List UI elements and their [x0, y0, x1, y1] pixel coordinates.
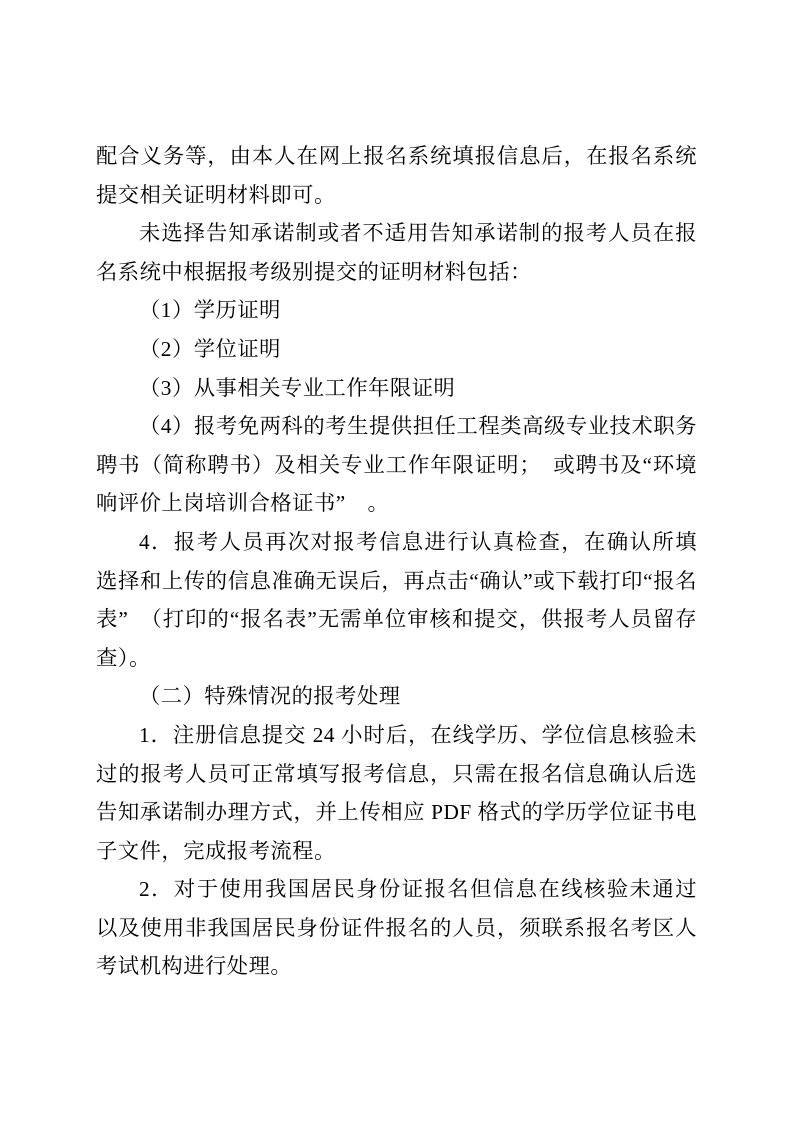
text-line: 名系统中根据报考级别提交的证明材料包括：: [96, 253, 697, 292]
text-line: 2．对于使用我国居民身份证报名但信息在线核验未通过的，: [96, 870, 697, 909]
text-line: 1．注册信息提交 24 小时后，在线学历、学位信息核验未通: [96, 716, 697, 755]
document-text-block: 配合义务等，由本人在网上报名系统填报信息后，在报名系统中提交相关证明材料即可。未…: [96, 137, 697, 986]
text-line: 选择和上传的信息准确无误后，再点击“确认”或下载打印“报名: [96, 562, 697, 601]
text-line: （3）从事相关专业工作年限证明: [96, 369, 697, 408]
text-line: 响评价上岗培训合格证书” 。: [96, 484, 697, 523]
text-line: 告知承诺制办理方式，并上传相应 PDF 格式的学历学位证书电: [96, 793, 697, 832]
text-line: 提交相关证明材料即可。: [96, 176, 697, 215]
text-line: （1）学历证明: [96, 291, 697, 330]
text-line: 表” （打印的“报名表”无需单位审核和提交，供报考人员留存备: [96, 600, 697, 639]
text-line: （2）学位证明: [96, 330, 697, 369]
document-page: 配合义务等，由本人在网上报名系统填报信息后，在报名系统中提交相关证明材料即可。未…: [0, 0, 794, 1123]
text-line: 配合义务等，由本人在网上报名系统填报信息后，在报名系统中: [96, 137, 697, 176]
text-line: 以及使用非我国居民身份证件报名的人员，须联系报名考区人事: [96, 909, 697, 948]
text-line: （二）特殊情况的报考处理: [96, 677, 697, 716]
text-line: 聘书（简称聘书）及相关专业工作年限证明； 或聘书及“环境影: [96, 446, 697, 485]
text-line: 过的报考人员可正常填写报考信息，只需在报名信息确认后选择: [96, 755, 697, 794]
text-line: 4．报考人员再次对报考信息进行认真检查，在确认所填报、: [96, 523, 697, 562]
text-line: （4）报考免两科的考生提供担任工程类高级专业技术职务: [96, 407, 697, 446]
text-line: 查）。: [96, 639, 697, 678]
text-line: 未选择告知承诺制或者不适用告知承诺制的报考人员在报: [96, 214, 697, 253]
text-line: 子文件，完成报考流程。: [96, 832, 697, 871]
text-line: 考试机构进行处理。: [96, 947, 697, 986]
